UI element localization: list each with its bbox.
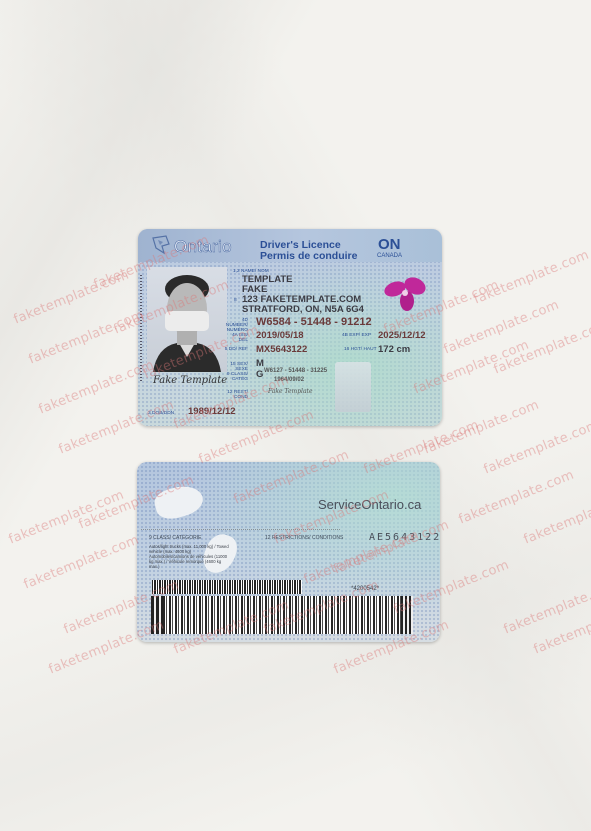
ghost-portrait [335,362,371,412]
watermark-text: faketemplate.com [532,598,591,658]
back-restrictions-label: 12 RESTRICTIONS/ CONDITIONS [265,535,343,541]
trillium-watermark-shape [152,481,206,522]
serial-number: *4200542* [351,586,379,592]
licence-back: ServiceOntario.ca 9 CLASS/ CATÉGORIE 12 … [137,462,440,642]
back-class-label: 9 CLASS/ CATÉGORIE [149,535,201,541]
service-website: ServiceOntario.ca [318,497,421,512]
portrait-icon [147,267,227,372]
height-label: 16 HGT/ HAUT [344,347,377,352]
licence-front: Ontario Driver's Licence Permis de condu… [138,229,442,426]
province-code: ON [378,236,401,253]
class-label: 9 CLASS/ CATÉG [220,372,248,382]
watermark-text: faketemplate.com [22,533,142,593]
watermark-text: faketemplate.com [442,298,562,358]
pdf417-barcode [151,596,413,634]
country-label: CANADA [377,253,402,259]
microprint-stripe [140,275,142,383]
sex-label: 15 SEX/ SEXE [220,362,248,372]
class-description: Autos/light trucks (max. 11,000 kg) / To… [149,544,229,569]
document-number: AE5643122 [369,532,440,543]
sex-value: M [256,359,264,369]
watermark-text: faketemplate.com [12,268,132,328]
watermark-text: faketemplate.com [502,578,591,638]
watermark-text: faketemplate.com [7,488,127,548]
issue-date: 2019/05/18 [256,331,304,341]
expiry-date: 2025/12/12 [378,331,426,341]
number-label: 4d NUMBER/ NUMÉRO [224,318,248,333]
restrictions-label: 12 REST/ COND [220,390,248,400]
watermark-text: faketemplate.com [482,418,591,478]
microprint-line [141,529,341,530]
address-line2: STRATFORD, ON, N5A 6G4 [242,305,364,315]
dob-label: 3 DOB/DDN [148,411,174,416]
title-french: Permis de conduire [260,250,357,262]
holder-photo [147,267,227,372]
ghost-signature: Fake Template [268,388,313,395]
front-header: Ontario Driver's Licence Permis de condu… [138,229,442,262]
ref-number: MX5643122 [256,345,307,355]
class-value: G [256,370,263,380]
ghost-dob: 1964/09/02 [274,377,304,383]
watermark-text: faketemplate.com [522,488,591,548]
watermark-text: faketemplate.com [457,468,577,528]
linear-barcode [152,580,302,594]
watermark-text: faketemplate.com [492,318,591,378]
holder-signature: Fake Template [153,375,227,386]
watermark-text: faketemplate.com [472,248,591,308]
trillium-logo-icon [150,234,172,256]
height-value: 172 cm [378,345,410,355]
ref-label: 5 DD/ REF [222,347,248,352]
ghost-licence-number: W6127 - 51448 - 31225 [264,368,327,374]
issued-label: 4a ISS/ DÉL [222,333,248,343]
expiry-label: 4b EXP/ EXP [342,333,371,338]
licence-number: W6584 - 51448 - 91212 [256,317,372,327]
watermark-text: faketemplate.com [27,308,147,368]
ontario-logo-text: Ontario [174,237,232,257]
dob-value: 1989/12/12 [188,407,236,417]
trillium-flower-icon [383,276,428,311]
